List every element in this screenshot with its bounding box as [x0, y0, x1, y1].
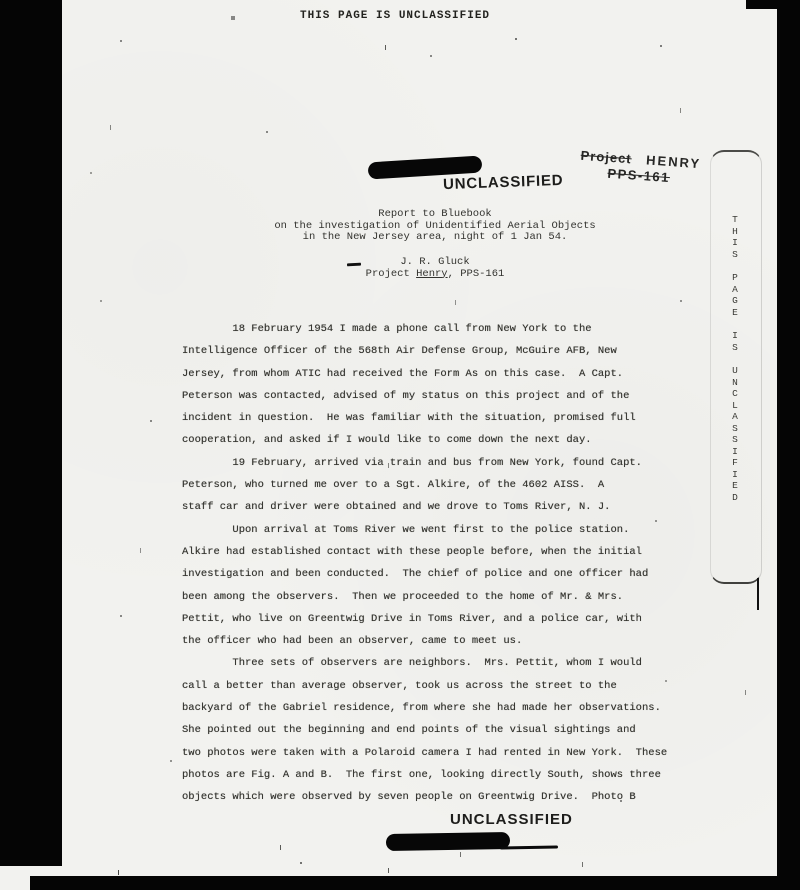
side-letter: I — [710, 330, 760, 342]
side-letter: H — [710, 226, 760, 238]
project-pre: Project — [366, 268, 416, 280]
body-line: 19 February, arrived via train and bus f… — [182, 452, 667, 474]
body-line: Peterson was contacted, advised of my st… — [182, 385, 667, 407]
body-line: She pointed out the beginning and end po… — [182, 719, 667, 741]
body-line: Peterson, who turned me over to a Sgt. A… — [182, 474, 667, 496]
body-line: the officer who had been an observer, ca… — [182, 630, 667, 652]
author-project-line: Project Henry, PPS-161 — [235, 269, 635, 281]
project-post: , PPS-161 — [448, 268, 505, 280]
side-letter: D — [710, 492, 760, 504]
project-word-struck: Project — [580, 148, 632, 167]
body-line: investigation and been conducted. The ch… — [182, 563, 667, 585]
scanned-document-page: THIS PAGE IS UNCLASSIFIED UNCLASSIFIED P… — [0, 0, 800, 890]
body-line: incident in question. He was familiar wi… — [182, 407, 667, 429]
scan-edge-left — [0, 0, 62, 866]
report-title: Report to Bluebook on the investigation … — [235, 209, 635, 244]
side-letter: A — [710, 411, 760, 423]
body-line: been among the observers. Then we procee… — [182, 586, 667, 608]
body-line: Three sets of observers are neighbors. M… — [182, 652, 667, 674]
body-line: two photos were taken with a Polaroid ca… — [182, 742, 667, 764]
side-letter: A — [710, 284, 760, 296]
scan-edge-top-right — [746, 0, 800, 9]
side-letter: S — [710, 249, 760, 261]
side-letter: P — [710, 272, 760, 284]
scan-edge-bottom — [30, 876, 800, 890]
project-name-underlined: Henry — [416, 268, 448, 280]
side-letter: I — [710, 446, 760, 458]
body-line: photos are Fig. A and B. The first one, … — [182, 764, 667, 786]
side-letter: U — [710, 365, 760, 377]
body-line: Intelligence Officer of the 568th Air De… — [182, 340, 667, 362]
side-letter: I — [710, 237, 760, 249]
side-vertical-text: THISPAGEISUNCLASSIFIED — [710, 214, 760, 515]
body-line: backyard of the Gabriel residence, from … — [182, 697, 667, 719]
body-line: staff car and driver were obtained and w… — [182, 496, 667, 518]
side-letter: N — [710, 377, 760, 389]
side-letter: S — [710, 342, 760, 354]
page-classification-header: THIS PAGE IS UNCLASSIFIED — [300, 10, 490, 22]
body-line: call a better than average observer, too… — [182, 675, 667, 697]
body-line: Upon arrival at Toms River we went first… — [182, 519, 667, 541]
side-letter: F — [710, 457, 760, 469]
side-word: THIS — [710, 214, 760, 260]
scan-edge-right — [777, 0, 800, 890]
project-henry-stamp: Project HENRY PPS-161 — [579, 148, 702, 187]
body-line: 18 February 1954 I made a phone call fro… — [182, 318, 667, 340]
unclassified-stamp-bottom: UNCLASSIFIED — [450, 811, 573, 828]
redaction-bar-bottom — [386, 832, 510, 851]
title-line-1: Report to Bluebook — [235, 209, 635, 221]
author-block: J. R. Gluck Project Henry, PPS-161 — [235, 257, 635, 280]
body-line: cooperation, and asked if I would like t… — [182, 429, 667, 451]
redaction-smudge — [500, 845, 558, 849]
body-line: Jersey, from whom ATIC had received the … — [182, 363, 667, 385]
side-letter: G — [710, 295, 760, 307]
body-line: objects which were observed by seven peo… — [182, 786, 667, 808]
side-letter: E — [710, 307, 760, 319]
body-text: 18 February 1954 I made a phone call fro… — [182, 318, 667, 809]
side-word: IS — [710, 330, 760, 353]
side-letter: S — [710, 423, 760, 435]
side-word: PAGE — [710, 272, 760, 318]
body-line: Pettit, who live on Greentwig Drive in T… — [182, 608, 667, 630]
scan-mark — [757, 578, 759, 610]
title-line-3: in the New Jersey area, night of 1 Jan 5… — [235, 232, 635, 244]
body-line: Alkire had established contact with thes… — [182, 541, 667, 563]
side-letter: T — [710, 214, 760, 226]
side-letter: E — [710, 480, 760, 492]
side-letter: I — [710, 469, 760, 481]
side-word: UNCLASSIFIED — [710, 365, 760, 503]
unclassified-stamp-top: UNCLASSIFIED — [443, 172, 564, 193]
side-letter: C — [710, 388, 760, 400]
side-letter: S — [710, 434, 760, 446]
side-letter: L — [710, 400, 760, 412]
